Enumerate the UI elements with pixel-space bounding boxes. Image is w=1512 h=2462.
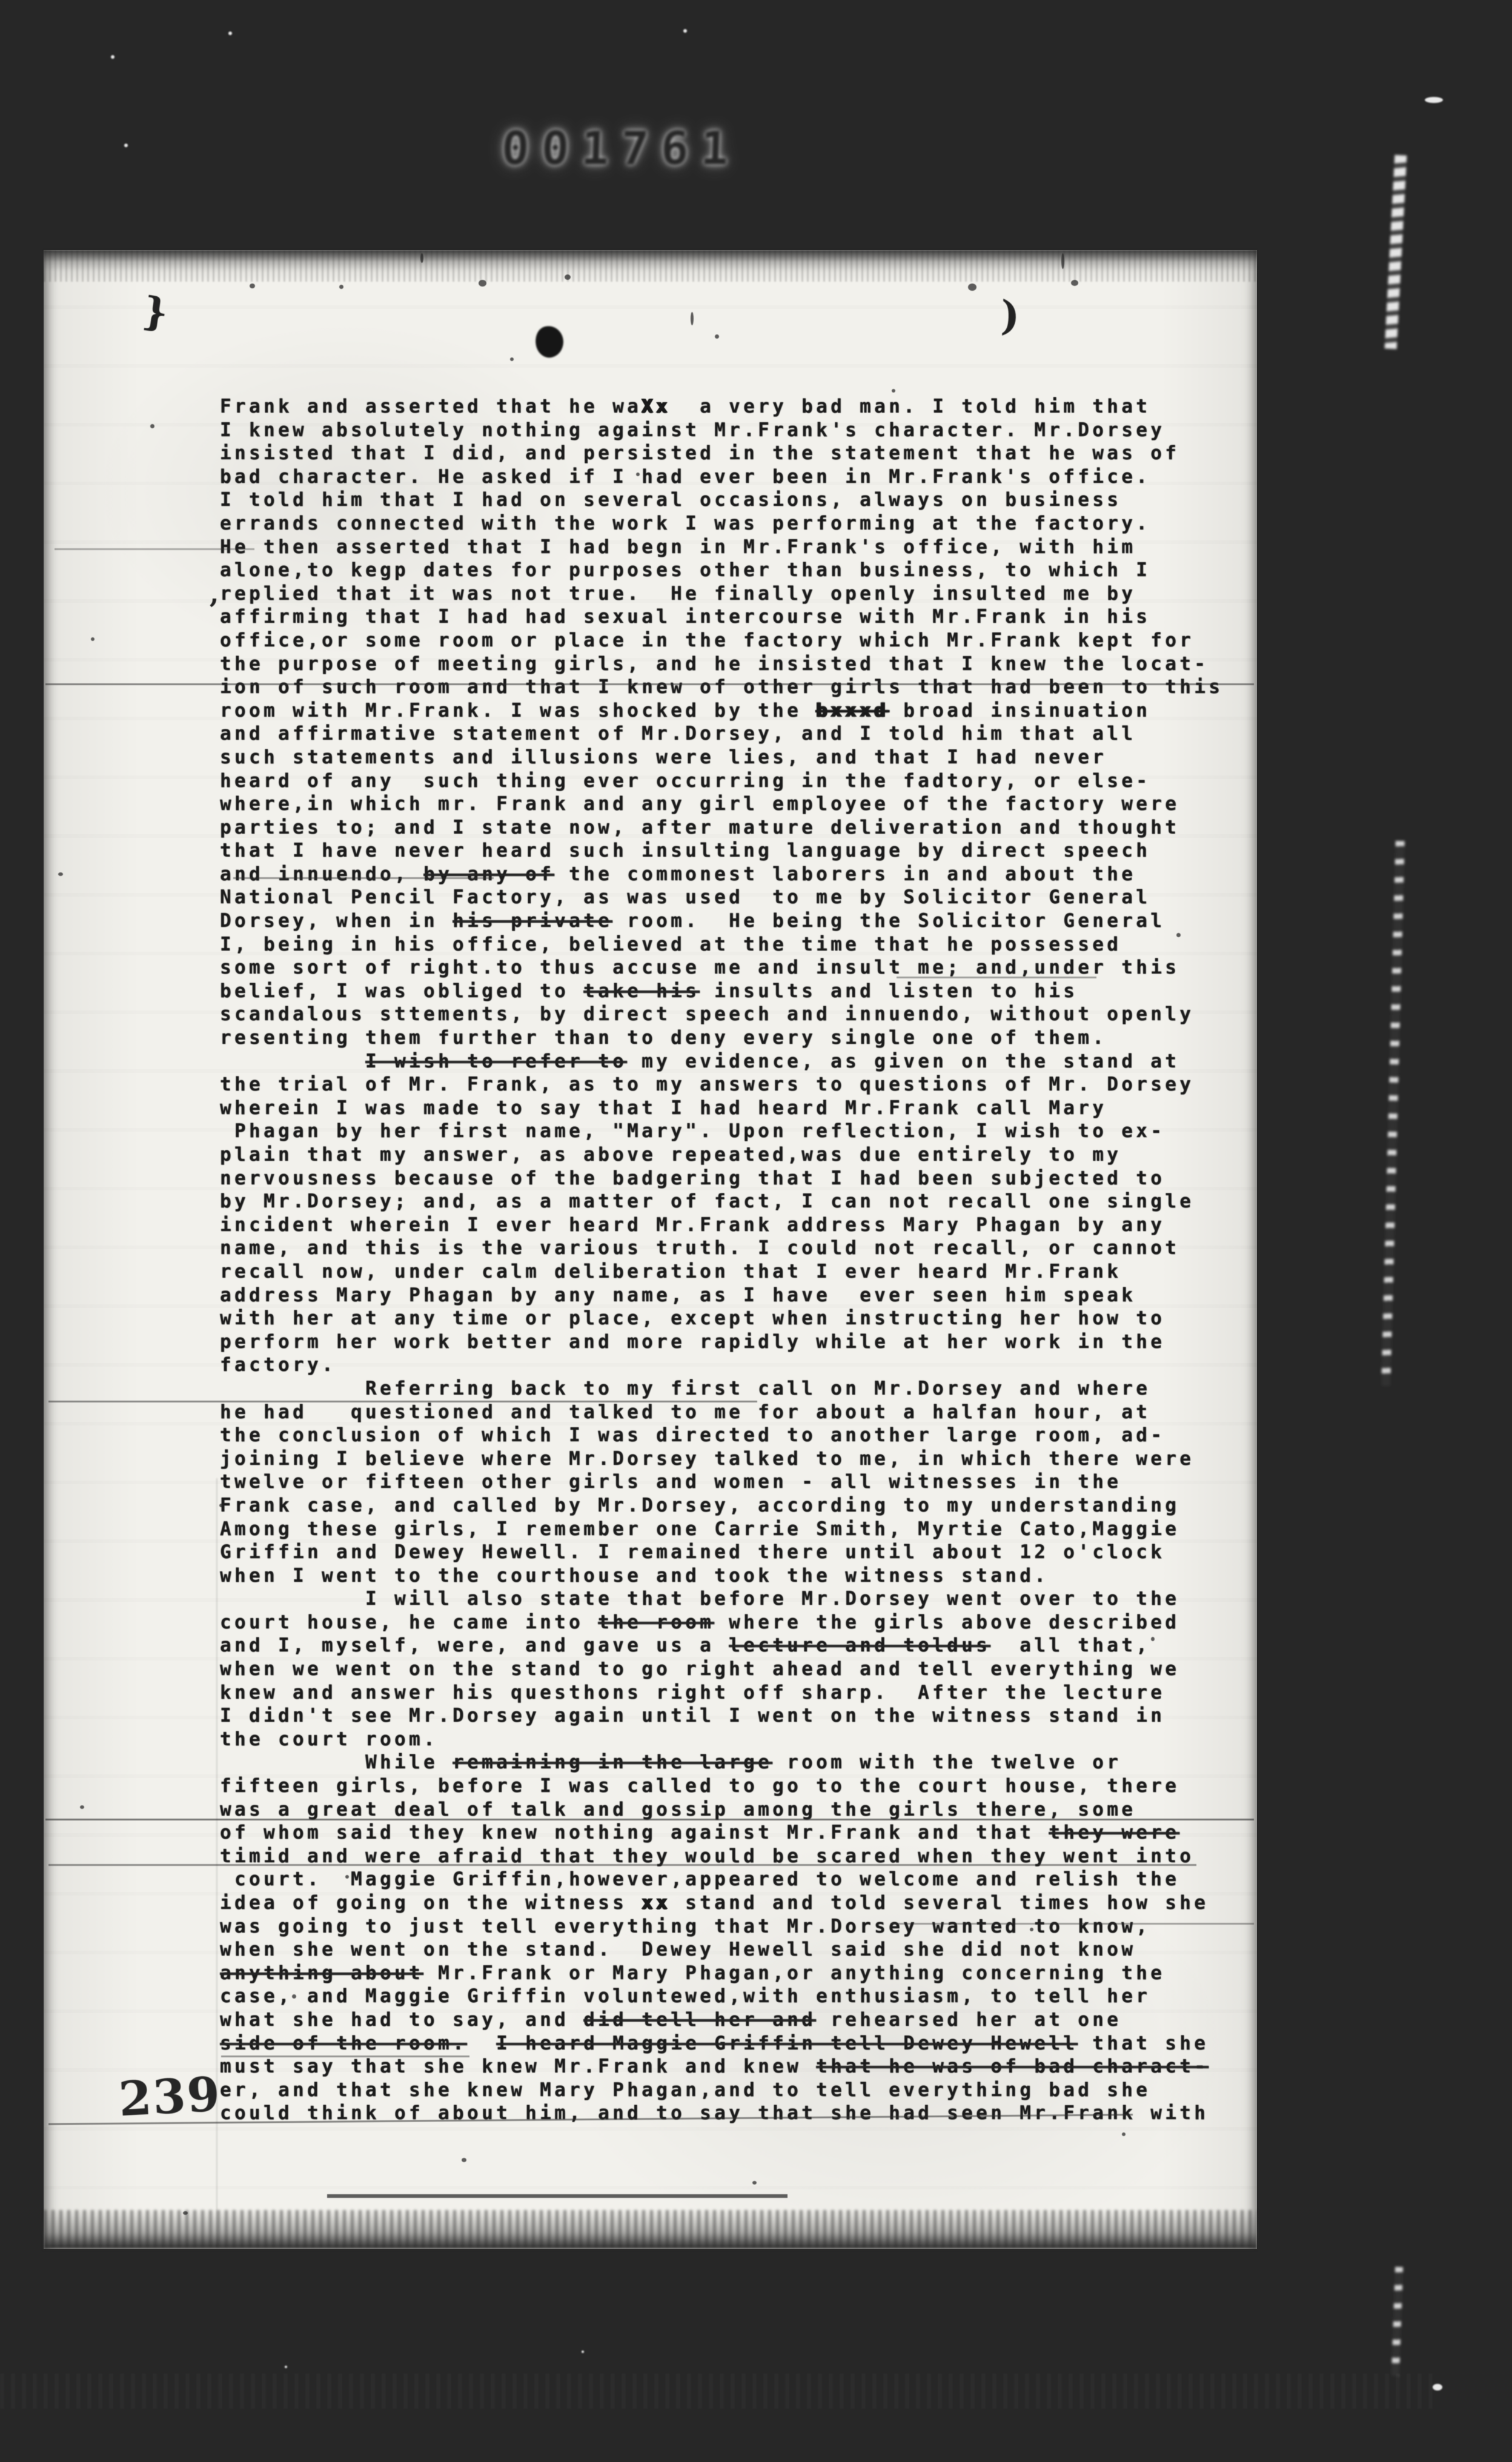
typed-text: insisted that I did, and persisted in th… [220,442,1179,464]
text-line: parties to; and I state now, after matur… [220,816,1223,840]
typed-text: the court room. [220,1728,438,1750]
overstruck-text: did tell her and [583,2009,816,2031]
typed-text: replied that it was not true. He finally… [220,583,1136,605]
ink-speck [58,872,63,876]
typed-text: Griffin and Dewey Hewell. I remained the… [220,1541,1165,1563]
typed-text: bad character. He asked if I had ever be… [220,466,1150,488]
text-line: the purpose of meeting girls, and he ins… [220,652,1223,676]
typed-text: I knew absolutely nothing against Mr.Fra… [220,419,1165,441]
typed-text: I told him that I had on several occasio… [220,489,1121,511]
text-line: Frank case, and called by Mr.Dorsey, acc… [220,1494,1223,1518]
typed-text: Frank and asserted that he wa [220,396,642,417]
overstruck-text: take his [583,980,700,1002]
typed-text: rehearsed her at one [816,2009,1121,2031]
typed-text [467,2032,496,2054]
typed-text: court house, he came into [220,1611,598,1633]
typed-text: nervousness because of the badgering tha… [220,1167,1165,1189]
text-line: the conclusion of which I was directed t… [220,1424,1223,1447]
typed-text: my evidence, as given on the stand at [627,1050,1179,1072]
typed-text: stand and told several times how she [671,1892,1209,1914]
ink-speck [691,312,694,325]
typed-text: perform her work better and more rapidly… [220,1331,1165,1353]
ink-speck [1176,933,1181,937]
film-dust [1433,2384,1442,2391]
text-line: case, and Maggie Griffin voluntewed,with… [220,1985,1223,2008]
typed-text: that she [1078,2032,1209,2054]
typed-text: Mr.Frank or Mary Phagan,or anything conc… [423,1962,1165,1984]
ink-speck [345,1875,349,1879]
ink-speck [150,424,154,428]
text-line: resenting them further than to deny ever… [220,1026,1223,1050]
typed-text: errands connected with the work I was pe… [220,513,1150,534]
overstruck-text: they were [1049,1822,1179,1843]
text-line: Among these girls, I remember one Carrie… [220,1518,1223,1541]
typed-text: incident wherein I ever heard Mr.Frank a… [220,1214,1165,1236]
typed-text: I will also state that before Mr.Dorsey … [220,1588,1179,1610]
text-line: alone,to kegp dates for purposes other t… [220,559,1223,582]
typed-text: insults and listen to his [700,980,1078,1002]
typed-text: what she had to say, and [220,2009,583,2031]
text-line: room with Mr.Frank. I was shocked by the… [220,699,1223,723]
ink-speck [420,253,423,263]
ink-speck [292,1994,296,1999]
stray-mark: , [210,579,219,609]
overstruck-text: lecture and toldus [729,1634,990,1656]
text-line: I told him that I had on several occasio… [220,488,1223,512]
typed-text: and I, myself, were, and gave us a [220,1634,729,1656]
typed-text: scandalous sttements, by direct speech a… [220,1003,1194,1025]
typed-text: was a great deal of talk and gossip amon… [220,1799,1136,1820]
typed-text: with her at any time or place, except wh… [220,1307,1165,1329]
typed-text: room. He being the Solicitor General [612,910,1165,932]
scan-line-artifact [55,548,254,550]
paper-fold-line [216,1478,217,2248]
typed-text: Dorsey, when in [220,910,453,932]
typed-text: where,in which mr. Frank and any girl em… [220,793,1179,815]
typed-text: when we went on the stand to go right ah… [220,1658,1179,1680]
typed-text: name, and this is the various truth. I c… [220,1237,1179,1259]
typed-text: such statements and illusions were lies,… [220,746,1107,768]
overstruck-text: his private [453,910,612,932]
page-number: 239 [118,2067,222,2128]
overstruck-text: bxxxd [816,700,889,722]
ink-speck [510,357,514,361]
text-line: where,in which mr. Frank and any girl em… [220,792,1223,816]
text-line: While remaining in the large room with t… [220,1751,1223,1774]
text-line: when she went on the stand. Dewey Hewell… [220,1938,1223,1962]
text-line: that I have never heard such insulting l… [220,839,1223,863]
scan-line-artifact [327,2194,787,2198]
text-line: such statements and illusions were lies,… [220,746,1223,769]
overstruck-text: by any of [423,863,554,885]
text-line: he had questioned and talked to me for a… [220,1401,1223,1424]
text-line: court house, he came into the room where… [220,1611,1223,1634]
film-dust [1425,97,1443,103]
typed-text: plain that my answer, as above repeated,… [220,1144,1121,1166]
typed-text: I didn't see Mr.Dorsey again until I wen… [220,1705,1165,1727]
film-frame-counter: 001761 [500,121,741,175]
typed-text: factory. [220,1354,336,1376]
typed-text: Among these girls, I remember one Carrie… [220,1518,1179,1540]
overstruck-text: remaining in the large [453,1751,772,1773]
text-line: affirming that I had had sexual intercou… [220,605,1223,629]
text-line: court. Maggie Griffin,however,appeared t… [220,1868,1223,1891]
typed-text: ion of such room and that I knew of othe… [220,676,1223,698]
film-scratch [1385,155,1407,350]
overstruck-text: that he was of bad charact- [816,2056,1209,2077]
text-line: heard of any such thing ever occurring i… [220,769,1223,793]
film-dust [285,2366,287,2368]
scan-line-artifact [45,683,1254,685]
text-line: I wish to refer to my evidence, as given… [220,1050,1223,1073]
text-line: Referring back to my first call on Mr.Do… [220,1377,1223,1401]
text-line: belief, I was obliged to take his insult… [220,980,1223,1003]
ink-speck [1122,2132,1126,2136]
typed-text: where the girls above described [714,1611,1179,1633]
text-line: twelve or fifteen other girls and women … [220,1470,1223,1494]
text-line: recall now, under calm deliberation that… [220,1260,1223,1284]
text-line: Dorsey, when in his private room. He bei… [220,909,1223,933]
text-line: must say that she knew Mr.Frank and knew… [220,2055,1223,2079]
typed-text: affirming that I had had sexual intercou… [220,606,1150,628]
film-dust [111,55,114,59]
text-line: of whom said they knew nothing against M… [220,1821,1223,1845]
typed-text: fifteen girls, before I was called to go… [220,1775,1179,1797]
film-scratch [1391,2267,1403,2376]
text-line: scandalous sttements, by direct speech a… [220,1003,1223,1026]
ink-speck [968,284,976,291]
text-line: knew and answer his questhons right off … [220,1681,1223,1705]
film-dust [124,144,128,147]
ink-speck [565,274,571,280]
text-line: Phagan by her first name, "Mary". Upon r… [220,1120,1223,1143]
text-line: the trial of Mr. Frank, as to my answers… [220,1073,1223,1097]
text-line: nervousness because of the badgering tha… [220,1167,1223,1190]
text-line: incident wherein I ever heard Mr.Frank a… [220,1213,1223,1237]
scan-line-artifact [233,877,494,879]
typed-text: office,or some room or place in the fact… [220,629,1194,651]
ink-speck [339,285,343,289]
text-line: was going to just tell everything that M… [220,1915,1223,1939]
text-line: address Mary Phagan by any name, as I ha… [220,1284,1223,1307]
typed-text: court. Maggie Griffin,however,appeared t… [220,1868,1179,1890]
text-line: Frank and asserted that he waXx a very b… [220,395,1223,419]
typed-text: Frank case, and called by Mr.Dorsey, acc… [220,1495,1179,1516]
typed-text: joining I believe where Mr.Dorsey talked… [220,1448,1194,1470]
ink-speck [479,280,486,287]
ink-speck [250,284,255,288]
overstruck-text: side of the room. [220,2032,467,2054]
typed-text: room with the twelve or [772,1751,1121,1773]
ink-speck [715,334,719,339]
text-line: when I went to the courthouse and took t… [220,1564,1223,1588]
typed-text: heard of any such thing ever occurring i… [220,770,1150,792]
text-line: He then asserted that I had begn in Mr.F… [220,536,1223,559]
ink-speck [892,389,895,393]
film-dust [582,2351,584,2353]
text-line: Griffin and Dewey Hewell. I remained the… [220,1541,1223,1564]
text-line: er, and that she knew Mary Phagan,and to… [220,2079,1223,2102]
typed-text: er, and that she knew Mary Phagan,and to… [220,2079,1150,2101]
text-line: anything about Mr.Frank or Mary Phagan,o… [220,1962,1223,1985]
text-line: and affirmative statement of Mr.Dorsey, … [220,722,1223,746]
typed-text: must say that she knew Mr.Frank and knew [220,2056,816,2077]
ink-speck [91,637,94,641]
typed-text: recall now, under calm deliberation that… [220,1261,1121,1282]
typed-text: was going to just tell everything that M… [220,1916,1150,1937]
ink-speck [80,1805,84,1809]
text-line: wherein I was made to say that I had hea… [220,1097,1223,1120]
overstruck-text: xx [642,1892,671,1914]
text-line: by Mr.Dorsey; and, as a matter of fact, … [220,1190,1223,1213]
ink-speck [1071,280,1078,286]
text-line: with her at any time or place, except wh… [220,1307,1223,1330]
typed-text: the trial of Mr. Frank, as to my answers… [220,1073,1194,1095]
text-line: was a great deal of talk and gossip amon… [220,1798,1223,1822]
text-line: office,or some room or place in the fact… [220,629,1223,652]
text-line: idea of going on the witness xx stand an… [220,1891,1223,1915]
typed-text: twelve or fifteen other girls and women … [220,1471,1121,1493]
ink-speck [388,1225,391,1229]
typed-text: knew and answer his questhons right off … [220,1682,1165,1704]
text-line: ion of such room and that I knew of othe… [220,675,1223,699]
text-line: what she had to say, and did tell her an… [220,2008,1223,2032]
film-scratch [1381,841,1405,1386]
typed-text: wherein I was made to say that I had hea… [220,1097,1107,1119]
text-line: side of the room. I heard Maggie Griffin… [220,2032,1223,2056]
scan-line-artifact [48,1864,1196,1866]
typed-text: he had questioned and talked to me for a… [220,1401,1150,1423]
text-line: factory. [220,1353,1223,1377]
scan-frame: 001761 Frank and asserted that he waXx a… [0,0,1512,2462]
typed-text: room with Mr.Frank. I was shocked by the [220,700,816,722]
ink-speck [1151,1637,1155,1641]
scan-line-artifact [48,1401,757,1402]
overstruck-text: the room [598,1611,714,1633]
typed-text: Referring back to my first call on Mr.Do… [220,1378,1150,1399]
scan-line-artifact [221,2056,469,2057]
overstruck-text: I heard Maggie Griffin tell Dewey Hewell [496,2032,1078,2054]
typed-text: belief, I was obliged to [220,980,583,1002]
text-line: National Pencil Factory, as was used to … [220,886,1223,909]
typed-text: I, being in his office, believed at the … [220,934,1121,955]
ink-speck [1061,253,1064,269]
typed-text: alone,to kegp dates for purposes other t… [220,559,1150,581]
typed-text: case, and Maggie Griffin voluntewed,with… [220,1985,1150,2007]
text-line: bad character. He asked if I had ever be… [220,465,1223,489]
film-dust [683,29,687,33]
text-line: I will also state that before Mr.Dorsey … [220,1587,1223,1611]
text-line: the court room. [220,1728,1223,1751]
overstruck-text: I wish to refer to [365,1050,627,1072]
ink-speck [183,2211,188,2215]
text-line: plain that my answer, as above repeated,… [220,1143,1223,1167]
film-dust [228,32,232,35]
text-line: perform her work better and more rapidly… [220,1330,1223,1354]
typed-text: when I went to the courthouse and took t… [220,1565,1049,1587]
typed-text: a very bad man. I told him that [671,396,1150,417]
stray-mark: ) [1000,291,1021,339]
text-line: insisted that I did, and persisted in th… [220,442,1223,465]
typed-text: While [220,1751,453,1773]
ink-speck [636,473,640,476]
typed-text: address Mary Phagan by any name, as I ha… [220,1284,1136,1306]
text-line: when we went on the stand to go right ah… [220,1657,1223,1681]
typed-text: and innuendo, [220,863,423,885]
overstruck-text: anything about [220,1962,423,1984]
typed-text: the purpose of meeting girls, and he ins… [220,653,1209,675]
scan-line-artifact [45,1819,1254,1820]
ink-speck [1030,1928,1033,1931]
text-line: fifteen girls, before I was called to go… [220,1774,1223,1798]
ink-speck [752,2181,757,2185]
typed-text: parties to; and I state now, after matur… [220,817,1179,838]
typed-text: idea of going on the witness [220,1892,642,1914]
typed-text: Phagan by her first name, "Mary". Upon r… [220,1120,1165,1142]
text-line: I didn't see Mr.Dorsey again until I wen… [220,1704,1223,1728]
text-line: replied that it was not true. He finally… [220,582,1223,606]
typed-text: and affirmative statement of Mr.Dorsey, … [220,723,1136,745]
ink-speck [462,2158,466,2162]
text-line: and I, myself, were, and gave us a lectu… [220,1634,1223,1657]
typed-text: the commonest laborers in and about the [554,863,1136,885]
text-line: and innuendo, by any of the commonest la… [220,863,1223,886]
typed-text: broad insinuation [889,700,1150,722]
overstruck-text: Xx [642,396,671,417]
scan-line-artifact [890,1923,1254,1925]
text-line: joining I believe where Mr.Dorsey talked… [220,1447,1223,1471]
typed-text: that I have never heard such insulting l… [220,840,1150,861]
typed-text: some sort of right.to thus accuse me and… [220,957,1179,978]
scan-line-artifact [897,977,1096,978]
typed-text: when she went on the stand. Dewey Hewell… [220,1939,1136,1960]
typed-text: by Mr.Dorsey; and, as a matter of fact, … [220,1190,1194,1212]
typed-text: He then asserted that I had begn in Mr.F… [220,536,1136,558]
text-line: I knew absolutely nothing against Mr.Fra… [220,419,1223,442]
typed-text [220,1050,365,1072]
typed-text: all that, [990,1634,1150,1656]
text-line: errands connected with the work I was pe… [220,512,1223,536]
typed-text: National Pencil Factory, as was used to … [220,886,1150,908]
ink-speck [219,1504,224,1507]
typed-text: the conclusion of which I was directed t… [220,1424,1165,1446]
text-line: name, and this is the various truth. I c… [220,1236,1223,1260]
typed-text: resenting them further than to deny ever… [220,1027,1107,1049]
text-line: I, being in his office, believed at the … [220,933,1223,957]
typed-text: of whom said they knew nothing against M… [220,1822,1049,1843]
